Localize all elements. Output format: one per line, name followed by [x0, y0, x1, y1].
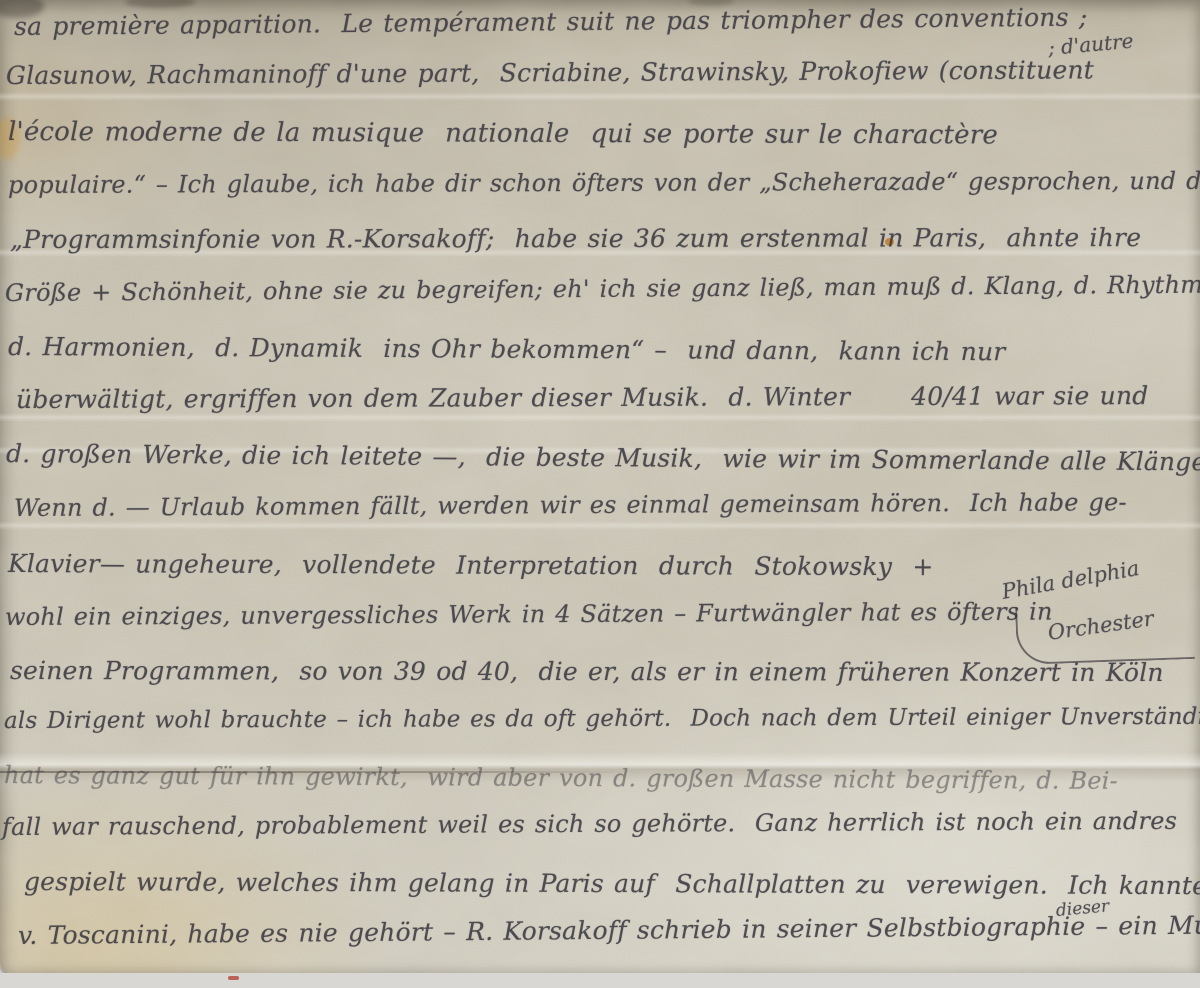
- handwriting-line: v. Toscanini, habe es nie gehört – R. Ko…: [18, 910, 1200, 951]
- letter-page: sa première apparition. Le tempérament s…: [0, 0, 1200, 973]
- margin-note-philadelphia: Phila delphia: [1000, 556, 1141, 604]
- handwriting-line: Wenn d. — Urlaub kommen fällt, werden wi…: [14, 488, 1127, 523]
- handwriting-line: d. großen Werke, die ich leitete —, die …: [6, 439, 1200, 477]
- handwriting-line: überwältigt, ergriffen von dem Zauber di…: [16, 381, 1149, 415]
- fold-crease-faint: [0, 92, 1200, 101]
- interline-insertion-dautre: ; d'autre: [1047, 29, 1134, 60]
- red-mark: [228, 976, 239, 980]
- handwriting-line: „Programmsinfonie von R.-Korsakoff; habe…: [10, 223, 1141, 255]
- handwriting-line: d. Harmonien, d. Dynamik ins Ohr bekomme…: [8, 332, 1006, 367]
- handwriting-line: Größe + Schönheit, ohne sie zu begreifen…: [5, 270, 1200, 308]
- handwriting-line: Glasunow, Rachmaninoff d'une part, Scria…: [6, 55, 1094, 91]
- handwriting-line: Klavier— ungeheure, vollendete Interpret…: [8, 549, 934, 582]
- edge-smudge: [125, 0, 195, 8]
- handwriting-line: populaire.“ – Ich glaube, ich habe dir s…: [8, 167, 1200, 200]
- letter-photo: sa première apparition. Le tempérament s…: [0, 0, 1200, 988]
- margin-note-orchester: Orchester: [1046, 606, 1155, 645]
- handwriting-line: wohl ein einziges, unvergessliches Werk …: [5, 598, 1053, 632]
- handwriting-line: fall war rauschend, probablement weil es…: [2, 807, 1177, 842]
- handwriting-line: als Dirigent wohl brauchte – ich habe es…: [4, 704, 1200, 736]
- handwriting-line: l'école moderne de la musique nationale …: [8, 117, 998, 152]
- handwriting-line: sa première apparition. Le tempérament s…: [14, 3, 1088, 42]
- handwriting-line: seinen Programmen, so von 39 od 40, die …: [10, 656, 1164, 688]
- fold-crease-faint: [0, 521, 1200, 530]
- handwriting-line: gespielt wurde, welches ihm gelang in Pa…: [24, 867, 1200, 901]
- handwriting-line: hat es ganz gut für ihn gewirkt, wird ab…: [4, 761, 1118, 796]
- scan-background-strip: [0, 973, 1200, 988]
